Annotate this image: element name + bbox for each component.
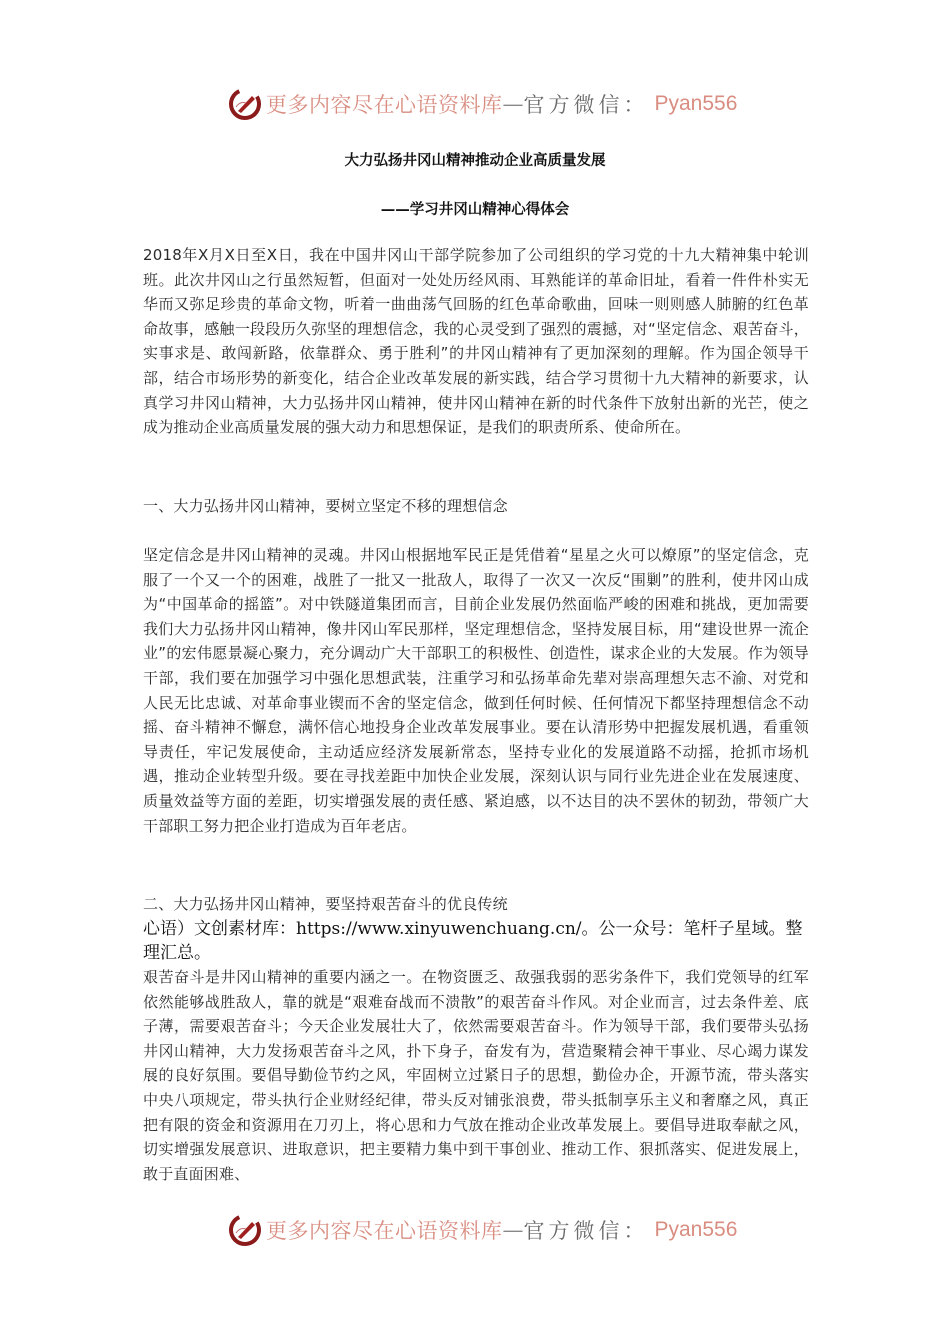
quill-pen-logo-icon xyxy=(228,1213,262,1247)
section-1-heading: 一、大力弘扬井冈山精神，要树立坚定不移的理想信念 xyxy=(143,494,809,519)
document-subtitle: ——学习井冈山精神心得体会 xyxy=(0,198,950,219)
banner-dash: — xyxy=(503,92,524,116)
banner-wechat-label: 官方微信： xyxy=(524,1215,649,1245)
document-title: 大力弘扬井冈山精神推动企业高质量发展 xyxy=(0,149,950,170)
intro-paragraph: 2018年X月X日至X日，我在中国井冈山干部学院参加了公司组织的学习党的十九大精… xyxy=(143,243,809,440)
banner-text: 更多内容尽在心语资料库 xyxy=(266,1215,503,1245)
banner-wechat-label: 官方微信： xyxy=(524,89,649,119)
footer-watermark-banner: 更多内容尽在心语资料库 — 官方微信： Pyan556 xyxy=(228,1210,737,1250)
watermark-ad-line: 心语）文创素材库：https://www.xinyuwenchuang.cn/。… xyxy=(143,917,813,965)
banner-wechat-id: Pyan556 xyxy=(655,1218,738,1242)
quill-pen-logo-icon xyxy=(228,87,262,121)
banner-text: 更多内容尽在心语资料库 xyxy=(266,89,503,119)
header-watermark-banner: 更多内容尽在心语资料库 — 官方微信： Pyan556 xyxy=(228,84,737,124)
section-2-heading: 二、大力弘扬井冈山精神，要坚持艰苦奋斗的优良传统 xyxy=(143,892,809,917)
banner-wechat-id: Pyan556 xyxy=(655,92,738,116)
section-1-paragraph: 坚定信念是井冈山精神的灵魂。井冈山根据地军民正是凭借着“星星之火可以燎原”的坚定… xyxy=(143,543,809,838)
banner-dash: — xyxy=(503,1218,524,1242)
section-2-paragraph: 艰苦奋斗是井冈山精神的重要内涵之一。在物资匮乏、敌强我弱的恶劣条件下，我们党领导… xyxy=(143,965,809,1186)
